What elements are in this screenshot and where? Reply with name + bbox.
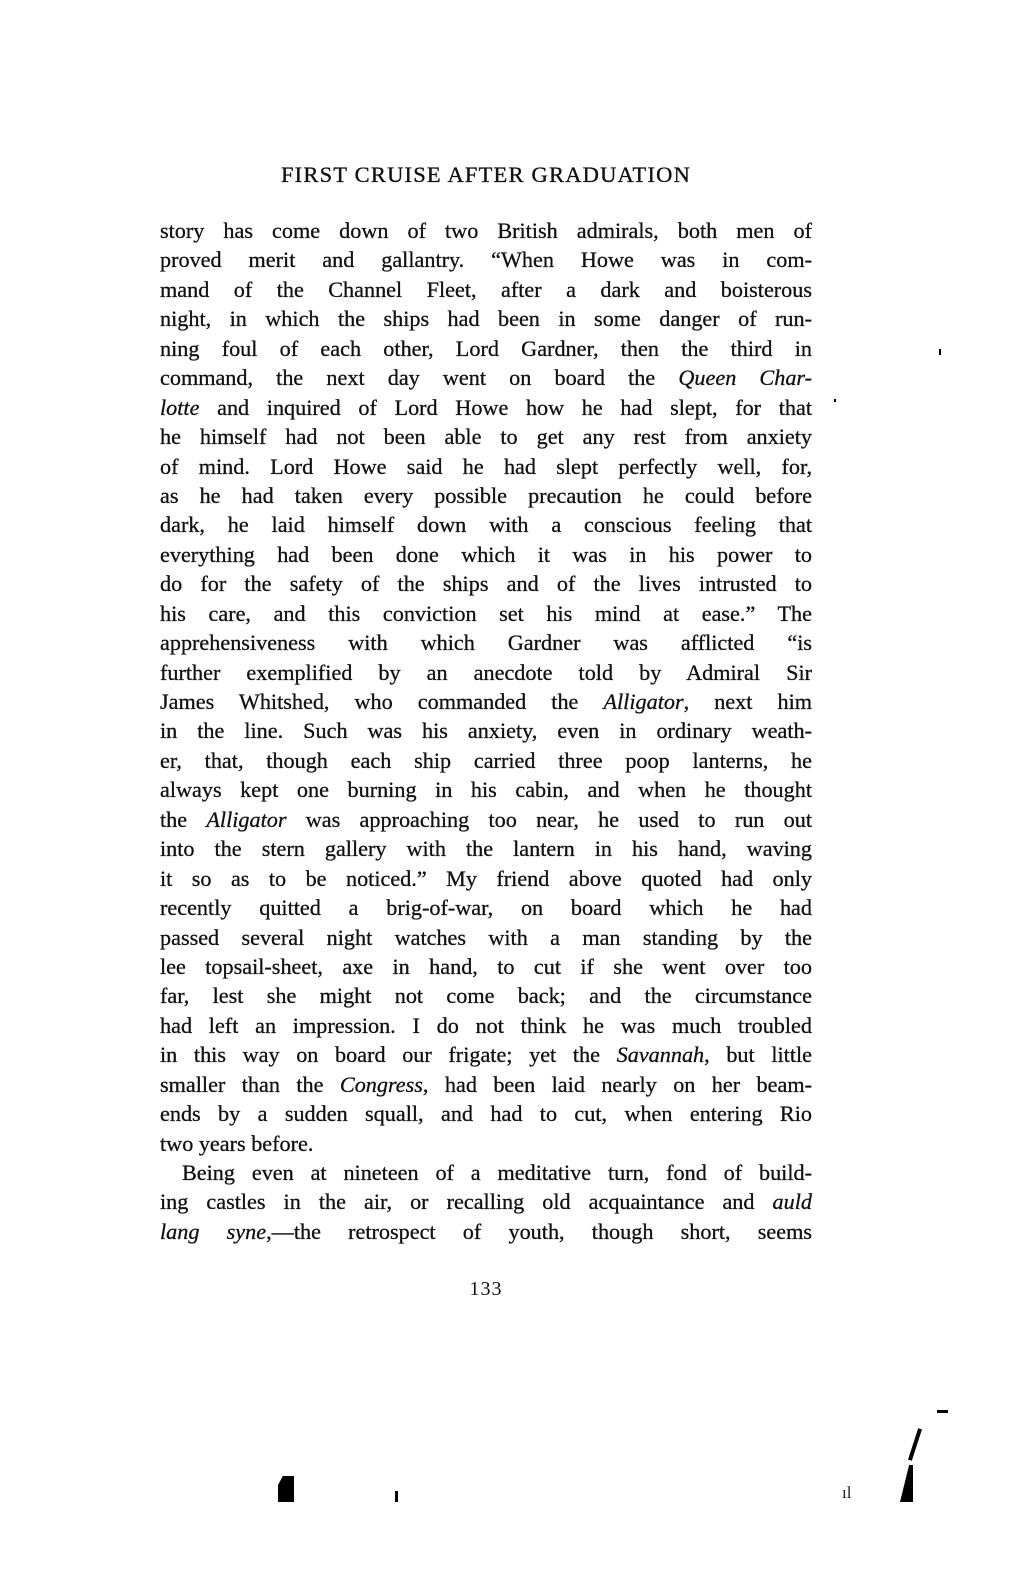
text-run: , next him: [684, 689, 812, 714]
book-page: FIRST CRUISE AFTER GRADUATION story has …: [0, 0, 1015, 1588]
text-line: everything had been done which it was in…: [160, 540, 812, 569]
text-run: , had been laid nearly on her beam-: [423, 1072, 812, 1097]
text-run: command, the next day went on board the: [160, 365, 678, 390]
scan-blot: [278, 1476, 294, 1502]
ship-name-italic: Queen Char-: [678, 365, 812, 390]
text-line: smaller than the Congress, had been laid…: [160, 1070, 812, 1099]
text-line: er, that, though each ship carried three…: [160, 746, 812, 775]
text-line: had left an impression. I do not think h…: [160, 1011, 812, 1040]
text-line: in this way on board our frigate; yet th…: [160, 1040, 812, 1069]
page-number: 133: [160, 1278, 812, 1301]
text-line: do for the safety of the ships and of th…: [160, 569, 812, 598]
margin-fragment: ıl: [842, 1484, 851, 1502]
text-line: story has come down of two British admir…: [160, 216, 812, 245]
text-line: command, the next day went on board the …: [160, 363, 812, 392]
ship-name-italic: lotte: [160, 395, 199, 420]
running-head: FIRST CRUISE AFTER GRADUATION: [160, 162, 812, 188]
ship-name-italic: Congress: [340, 1072, 423, 1097]
text-run: in this way on board our frigate; yet th…: [160, 1042, 617, 1067]
text-line: he himself had not been able to get any …: [160, 422, 812, 451]
scan-mark: [937, 1410, 948, 1413]
text-run: smaller than the: [160, 1072, 340, 1097]
paragraph-start-line: Being even at nineteen of a meditative t…: [160, 1158, 812, 1187]
text-line: further exemplified by an anecdote told …: [160, 658, 812, 687]
text-line: in the line. Such was his anxiety, even …: [160, 716, 812, 745]
text-run: James Whitshed, who commanded the: [160, 689, 603, 714]
scan-mark: [908, 1428, 922, 1461]
text-line: passed several night watches with a man …: [160, 923, 812, 952]
text-line: recently quitted a brig-of-war, on board…: [160, 893, 812, 922]
text-line: into the stern gallery with the lantern …: [160, 834, 812, 863]
text-line: the Alligator was approaching too near, …: [160, 805, 812, 834]
text-line: his care, and this conviction set his mi…: [160, 599, 812, 628]
text-line: far, lest she might not come back; and t…: [160, 981, 812, 1010]
scan-speck: [395, 1491, 398, 1502]
text-line: ends by a sudden squall, and had to cut,…: [160, 1099, 812, 1128]
text-run: and inquired of Lord Howe how he had sle…: [199, 395, 812, 420]
text-line: lee topsail-sheet, axe in hand, to cut i…: [160, 952, 812, 981]
text-line: lotte and inquired of Lord Howe how he h…: [160, 393, 812, 422]
paragraph-end-line: two years before.: [160, 1129, 812, 1158]
text-line: as he had taken every possible precautio…: [160, 481, 812, 510]
ship-name-italic: Alligator: [603, 689, 683, 714]
body-text: story has come down of two British admir…: [160, 216, 812, 1246]
text-run: was approaching too near, he used to run…: [287, 807, 813, 832]
text-line: mand of the Channel Fleet, after a dark …: [160, 275, 812, 304]
text-run: the: [160, 807, 206, 832]
text-line: ning foul of each other, Lord Gardner, t…: [160, 334, 812, 363]
text-line: apprehensiveness with which Gardner was …: [160, 628, 812, 657]
scan-speck: [939, 349, 941, 355]
text-line: dark, he laid himself down with a consci…: [160, 510, 812, 539]
phrase-italic: auld: [773, 1189, 812, 1214]
text-line: ing castles in the air, or recalling old…: [160, 1187, 812, 1216]
text-line: it so as to be noticed.” My friend above…: [160, 864, 812, 893]
text-line: night, in which the ships had been in so…: [160, 304, 812, 333]
phrase-italic: lang syne: [160, 1219, 266, 1244]
text-run: ,—the retrospect of youth, though short,…: [266, 1219, 812, 1244]
text-line: lang syne,—the retrospect of youth, thou…: [160, 1217, 812, 1246]
ship-name-italic: Savannah: [617, 1042, 705, 1067]
text-run: ing castles in the air, or recalling old…: [160, 1189, 773, 1214]
scan-speck: [834, 399, 836, 402]
text-line: James Whitshed, who commanded the Alliga…: [160, 687, 812, 716]
text-line: always kept one burning in his cabin, an…: [160, 775, 812, 804]
ship-name-italic: Alligator: [206, 807, 286, 832]
text-line: proved merit and gallantry. “When Howe w…: [160, 245, 812, 274]
text-line: of mind. Lord Howe said he had slept per…: [160, 452, 812, 481]
text-run: , but little: [704, 1042, 812, 1067]
scan-blot: [900, 1465, 913, 1502]
